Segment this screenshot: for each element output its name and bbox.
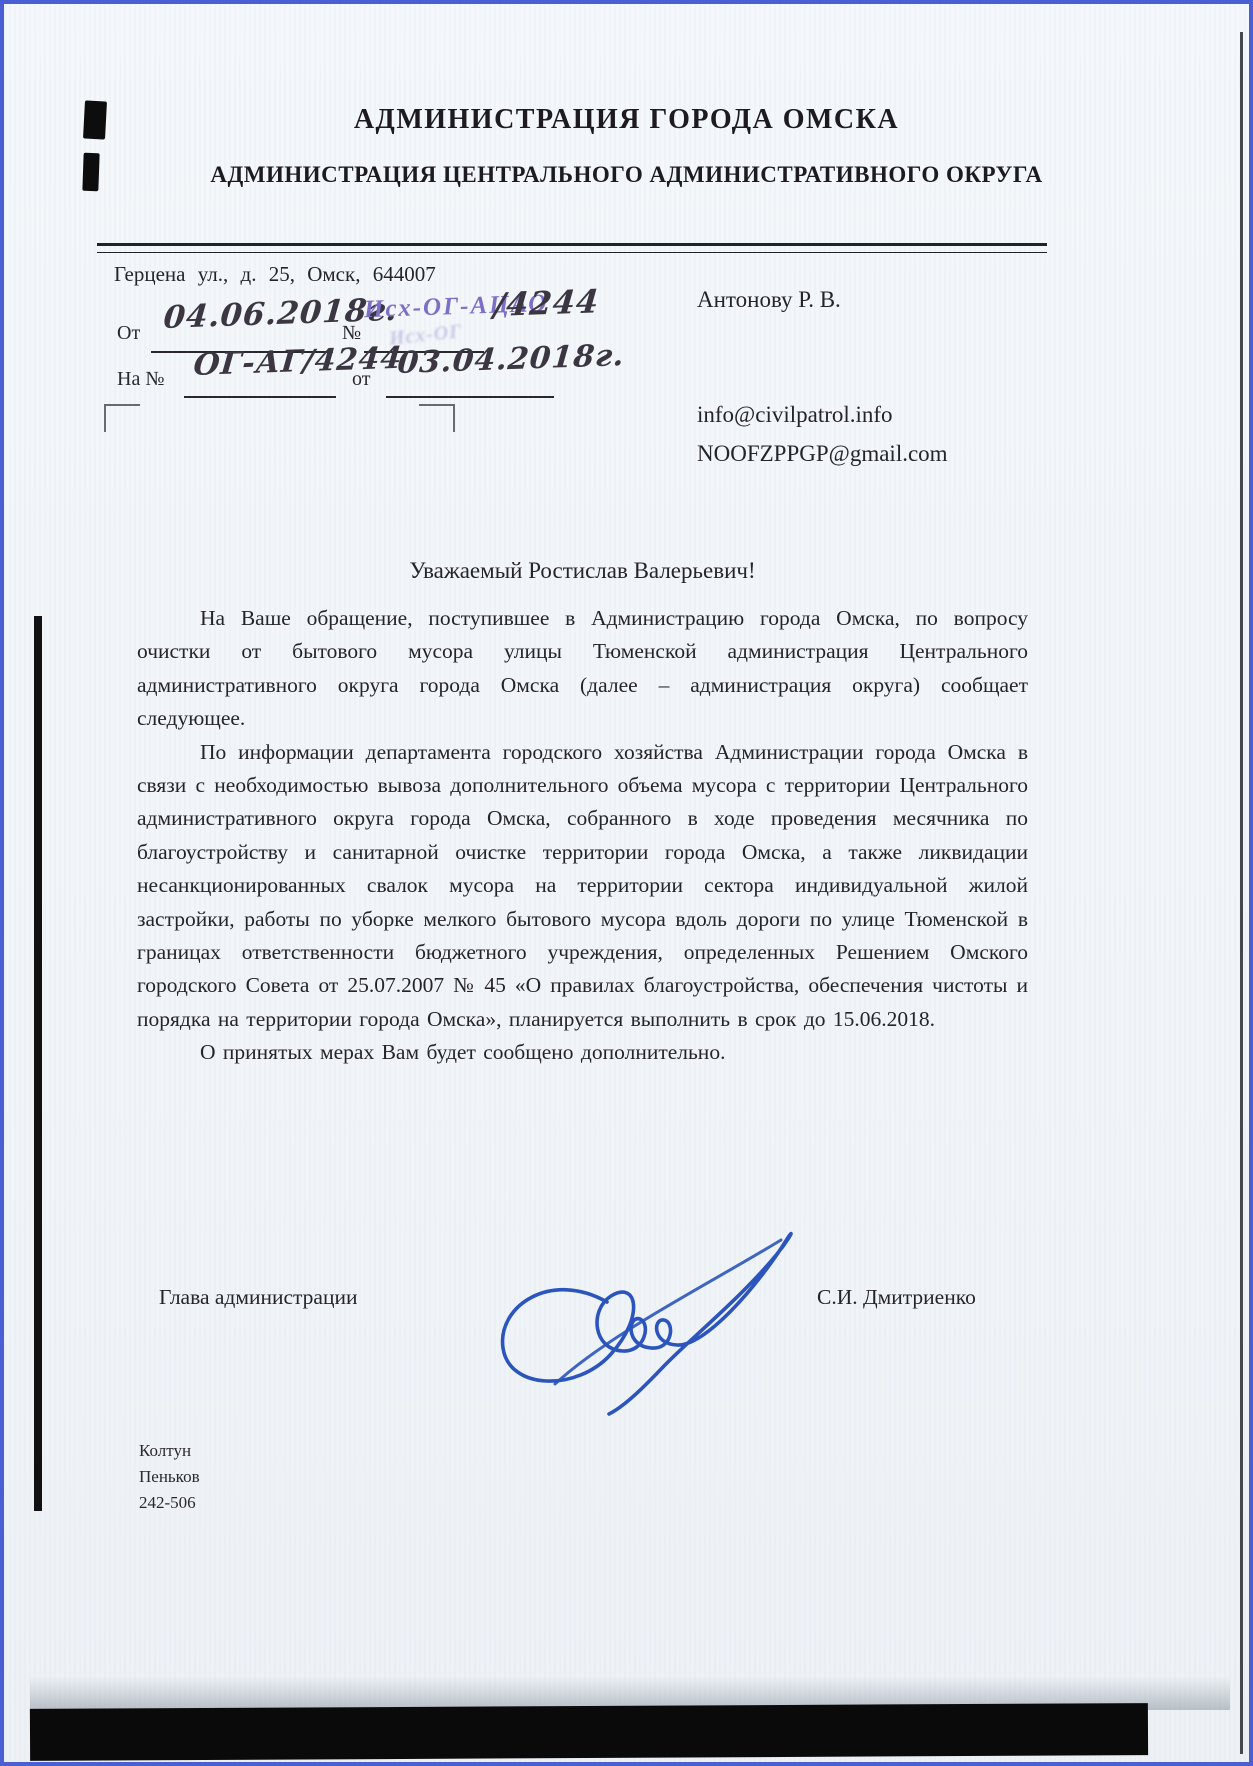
label-in-reply: На №: [117, 368, 164, 391]
executor-name-2: Пеньков: [139, 1464, 200, 1490]
scan-artifact-left-bar: [34, 616, 42, 1511]
sender-address: Герцена ул., д. 25, Омск, 644007: [114, 262, 436, 287]
letterhead-rule-thick: [97, 243, 1047, 246]
scanned-letter-page: АДМИНИСТРАЦИЯ ГОРОДА ОМСКА АДМИНИСТРАЦИЯ…: [0, 0, 1253, 1766]
letterhead-title-district: АДМИНИСТРАЦИЯ ЦЕНТРАЛЬНОГО АДМИНИСТРАТИВ…: [4, 162, 1249, 188]
scan-artifact-right-line: [1240, 32, 1243, 1754]
recipient-email-2: NOOFZPPGP@gmail.com: [697, 441, 948, 467]
handwritten-signature: [459, 1214, 804, 1419]
body-paragraph-1: На Ваше обращение, поступившее в Админис…: [137, 602, 1028, 736]
label-from: От: [117, 322, 140, 345]
handwritten-outgoing-number: /4244: [492, 282, 601, 324]
body-paragraph-3: О принятых мерах Вам будет сообщено допо…: [137, 1036, 1028, 1069]
blank-line: [184, 396, 336, 398]
label-ot: от: [352, 368, 370, 391]
letter-body: На Ваше обращение, поступившее в Админис…: [137, 602, 1028, 1070]
handwritten-incoming-number: ОГ-АГ/4244: [192, 341, 404, 383]
address-corner-mark-left: [104, 404, 140, 432]
body-paragraph-2: По информации департамента городского хо…: [137, 736, 1028, 1037]
address-corner-mark-right: [419, 404, 455, 432]
recipient-email-1: info@civilpatrol.info: [697, 402, 893, 428]
letterhead-rule-thin: [97, 252, 1047, 253]
executor-name-1: Колтун: [139, 1438, 200, 1464]
recipient-name: Антонову Р. В.: [697, 287, 841, 313]
signer-name: С.И. Дмитриенко: [817, 1285, 976, 1310]
letterhead-title-city: АДМИНИСТРАЦИЯ ГОРОДА ОМСКА: [4, 104, 1249, 136]
handwritten-incoming-date: 03.04.2018г.: [396, 338, 626, 381]
executor-phone: 242-506: [139, 1490, 200, 1516]
executor-block: Колтун Пеньков 242-506: [139, 1438, 200, 1516]
scan-artifact-bottom-band: [30, 1703, 1148, 1761]
blank-line: [386, 396, 554, 398]
signer-position: Глава администрации: [159, 1285, 358, 1310]
salutation: Уважаемый Ростислав Валерьевич!: [137, 558, 1028, 584]
